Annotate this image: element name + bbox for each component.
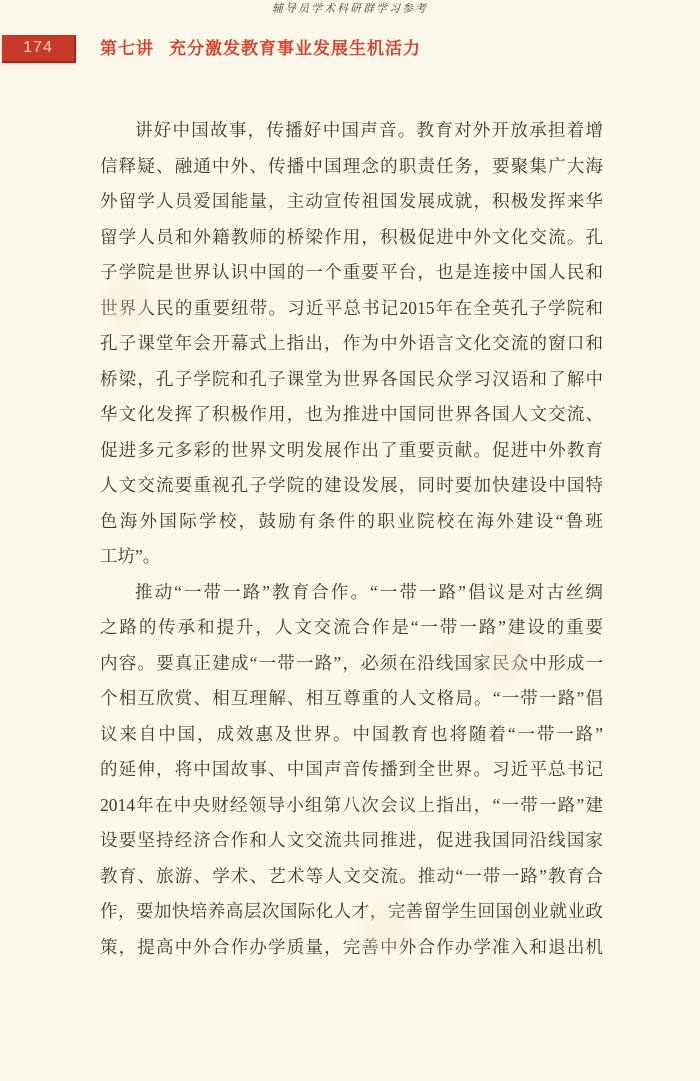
body-line: 策，提高中外合作办学质量，完善中外合作办学准入和退出机: [100, 930, 603, 966]
chapter-label: 第七讲: [100, 39, 154, 58]
body-line: 内容。要真正建成“一带一路”，必须在沿线国家民众中形成一: [100, 646, 603, 682]
body-line: 信释疑、融通中外、传播中国理念的职责任务，要聚集广大海: [100, 149, 603, 185]
body-line: 推动“一带一路”教育合作。“一带一路”倡议是对古丝绸: [100, 575, 603, 611]
body-line: 讲好中国故事，传播好中国声音。教育对外开放承担着增: [100, 113, 603, 149]
body-line: 议来自中国，成效惠及世界。中国教育也将随着“一带一路”: [100, 717, 603, 753]
paragraph: 讲好中国故事，传播好中国声音。教育对外开放承担着增信释疑、融通中外、传播中国理念…: [100, 113, 603, 575]
body-line: 色海外国际学校，鼓励有条件的职业院校在海外建设“鲁班: [100, 504, 603, 540]
body-line: 促进多元多彩的世界文明发展作出了重要贡献。促进中外教育: [100, 433, 603, 469]
body-line: 留学人员和外籍教师的桥梁作用，积极促进中外文化交流。孔: [100, 220, 603, 256]
chapter-heading: 第七讲充分激发教育事业发展生机活力: [100, 39, 421, 59]
body-line: 桥梁，孔子学院和孔子课堂为世界各国民众学习汉语和了解中: [100, 362, 603, 398]
paragraph: 推动“一带一路”教育合作。“一带一路”倡议是对古丝绸之路的传承和提升，人文交流合…: [100, 575, 603, 966]
body-line: 之路的传承和提升，人文交流合作是“一带一路”建设的重要: [100, 610, 603, 646]
page-number: 174: [23, 39, 53, 56]
body-line: 设要坚持经济合作和人文交流共同推进，促进我国同沿线国家: [100, 823, 603, 859]
running-head: 辅导员学术科研群学习参考: [0, 2, 700, 16]
body-line: 2014年在中央财经领导小组第八次会议上指出，“一带一路”建: [100, 788, 603, 824]
body-text: 讲好中国故事，传播好中国声音。教育对外开放承担着增信释疑、融通中外、传播中国理念…: [100, 113, 603, 965]
body-line: 作，要加快培养高层次国际化人才，完善留学生回国创业就业政: [100, 894, 603, 930]
body-line: 教育、旅游、学术、艺术等人文交流。推动“一带一路”教育合: [100, 859, 603, 895]
body-line: 华文化发挥了积极作用，也为推进中国同世界各国人文交流、: [100, 397, 603, 433]
chapter-title: 充分激发教育事业发展生机活力: [169, 39, 421, 58]
body-line: 子学院是世界认识中国的一个重要平台，也是连接中国人民和: [100, 255, 603, 291]
body-line: 世界人民的重要纽带。习近平总书记2015年在全英孔子学院和: [100, 291, 603, 327]
body-line: 的延伸，将中国故事、中国声音传播到全世界。习近平总书记: [100, 752, 603, 788]
body-line: 孔子课堂年会开幕式上指出，作为中外语言文化交流的窗口和: [100, 326, 603, 362]
body-line: 人文交流要重视孔子学院的建设发展，同时要加快建设中国特: [100, 468, 603, 504]
page-number-badge: 174: [2, 35, 76, 63]
book-page: 辅导员学术科研群学习参考 174 第七讲充分激发教育事业发展生机活力 讲好中国故…: [0, 0, 700, 1081]
body-line: 工坊”。: [100, 539, 603, 575]
body-line: 外留学人员爱国能量，主动宣传祖国发展成就，积极发挥来华: [100, 184, 603, 220]
body-line: 个相互欣赏、相互理解、相互尊重的人文格局。“一带一路”倡: [100, 681, 603, 717]
